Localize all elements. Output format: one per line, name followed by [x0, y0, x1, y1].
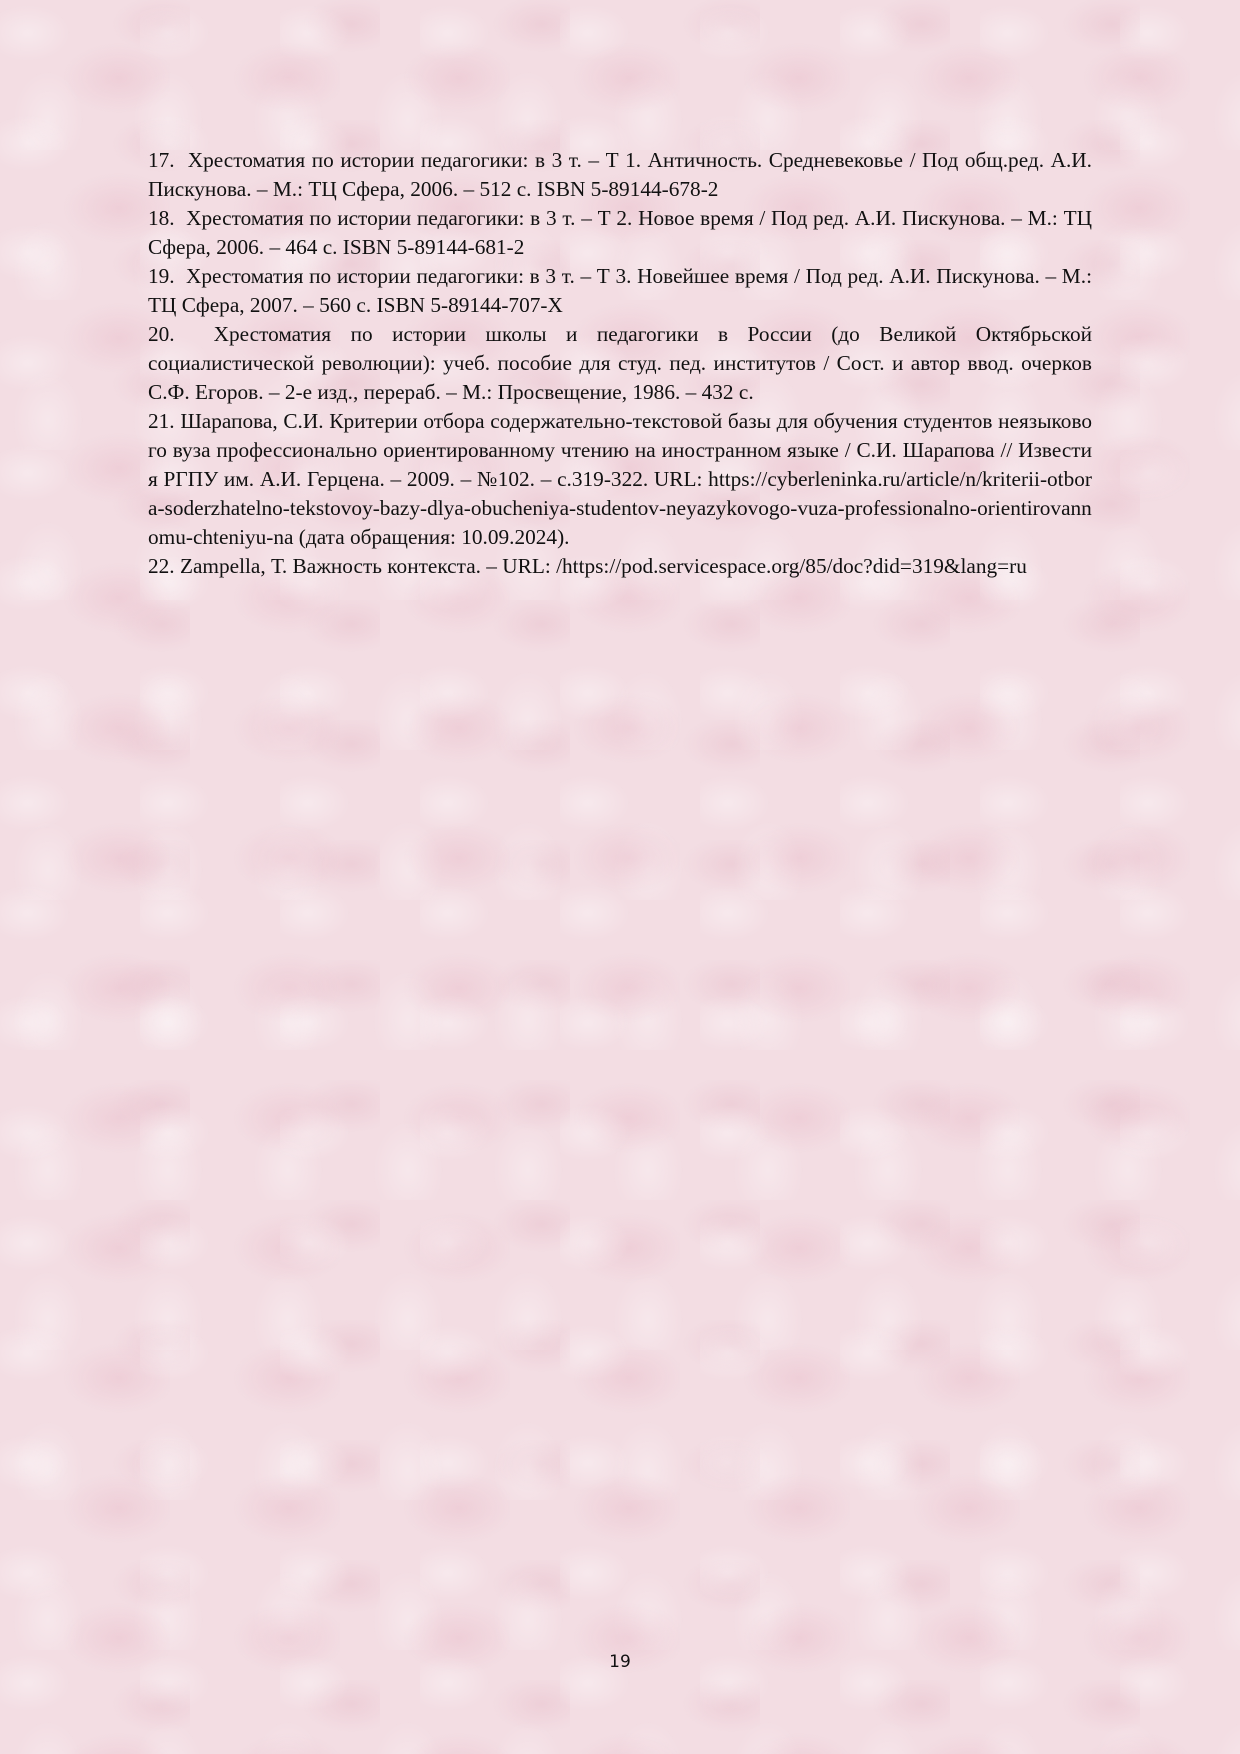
- reference-item: 18. Хрестоматия по истории педагогики: в…: [148, 204, 1092, 262]
- reference-item: 17. Хрестоматия по истории педагогики: в…: [148, 146, 1092, 204]
- reference-text: Хрестоматия по истории школы и педагогик…: [148, 322, 1092, 404]
- reference-number: 17.: [148, 148, 175, 172]
- reference-item: 20. Хрестоматия по истории школы и педаг…: [148, 320, 1092, 407]
- reference-text: Хрестоматия по истории педагогики: в 3 т…: [148, 206, 1092, 259]
- page-number: 19: [0, 1652, 1240, 1672]
- reference-list: 17. Хрестоматия по истории педагогики: в…: [148, 146, 1092, 581]
- reference-number: 20.: [148, 322, 175, 346]
- reference-text: Хрестоматия по истории педагогики: в 3 т…: [148, 148, 1092, 201]
- reference-text: Zampella, Т. Важность контекста. – URL: …: [180, 554, 1027, 578]
- reference-item: 22. Zampella, Т. Важность контекста. – U…: [148, 552, 1092, 581]
- reference-number: 22.: [148, 554, 175, 578]
- reference-number: 21.: [148, 409, 175, 433]
- reference-item: 21. Шарапова, С.И. Критерии отбора содер…: [148, 407, 1092, 552]
- reference-number: 19.: [148, 264, 175, 288]
- reference-item: 19. Хрестоматия по истории педагогики: в…: [148, 262, 1092, 320]
- reference-text: Шарапова, С.И. Критерии отбора содержате…: [148, 409, 1092, 549]
- reference-number: 18.: [148, 206, 175, 230]
- document-page: 17. Хрестоматия по истории педагогики: в…: [0, 0, 1240, 1754]
- reference-text: Хрестоматия по истории педагогики: в 3 т…: [148, 264, 1092, 317]
